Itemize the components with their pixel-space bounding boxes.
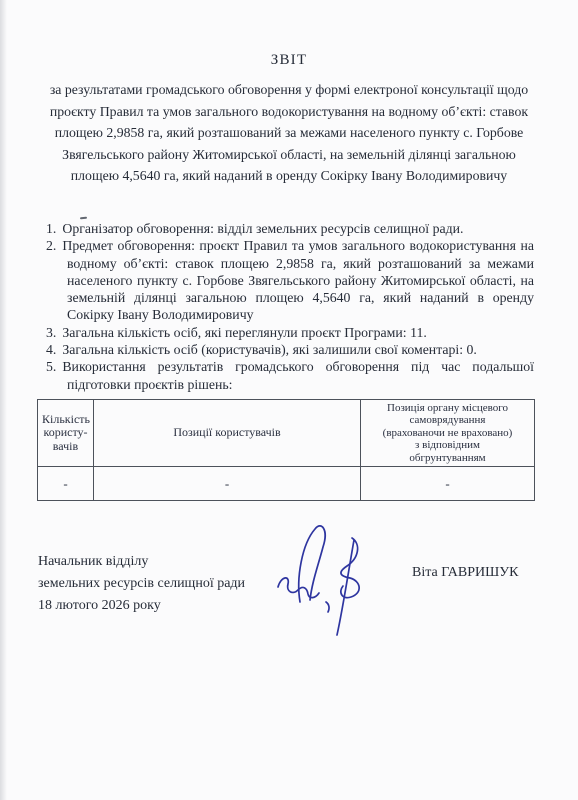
table-cell-users-count: - — [38, 467, 94, 501]
table-header-user-positions: Позиції користувачів — [94, 400, 361, 467]
list-item-text: Використання результатів громадського об… — [62, 359, 534, 391]
list-item-2: 2.Предмет обговорення: проєкт Правил та … — [46, 237, 534, 323]
list-item-number: 3. — [46, 325, 56, 340]
document-title: ЗВІТ — [0, 52, 578, 69]
document-date: 18 лютого 2026 року — [38, 598, 161, 614]
list-item-text: Предмет обговорення: проєкт Правил та ум… — [62, 238, 534, 322]
table-cell-user-positions: - — [94, 467, 361, 501]
table-header-users-count: Кількість користу- вачів — [38, 400, 94, 467]
signatory-role-line1: Начальник відділу — [38, 551, 245, 573]
signatory-role: Начальник відділу земельних ресурсів сел… — [38, 551, 245, 595]
handwritten-signature — [266, 516, 382, 648]
list-item-number: 5. — [46, 359, 56, 374]
list-item-text: Загальна кількість осіб, які переглянули… — [62, 325, 426, 340]
table-cell-authority-position: - — [361, 467, 535, 501]
list-item-number: 4. — [46, 342, 56, 357]
list-item-number: 1. — [46, 221, 56, 236]
list-item-number: 2. — [46, 238, 56, 253]
scan-speck — [80, 217, 87, 220]
list-item-text: Загальна кількість осіб (користувачів), … — [62, 342, 477, 357]
list-item-3: 3.Загальна кількість осіб, які перегляну… — [46, 324, 534, 341]
intro-paragraph: за результатами громадського обговорення… — [42, 79, 536, 187]
list-item-text: Організатор обговорення: відділ земельни… — [62, 221, 463, 236]
signatory-name: Віта ГАВРИШУК — [412, 565, 519, 581]
table-header-authority-position: Позиція органу місцевого самоврядування … — [361, 400, 535, 467]
list-item-1: 1.Організатор обговорення: відділ земель… — [46, 220, 534, 237]
list-item-4: 4.Загальна кількість осіб (користувачів)… — [46, 341, 534, 358]
signatory-role-line2: земельних ресурсів селищної ради — [38, 573, 245, 595]
table-row: - - - — [38, 467, 535, 501]
document-page: ЗВІТ за результатами громадського обгово… — [0, 0, 578, 800]
results-table: Кількість користу- вачів Позиції користу… — [37, 399, 535, 501]
list-item-5: 5.Використання результатів громадського … — [46, 358, 534, 393]
numbered-list: 1.Організатор обговорення: відділ земель… — [46, 220, 534, 393]
table-header-row: Кількість користу- вачів Позиції користу… — [38, 400, 535, 467]
scan-edge-shading — [0, 0, 7, 800]
